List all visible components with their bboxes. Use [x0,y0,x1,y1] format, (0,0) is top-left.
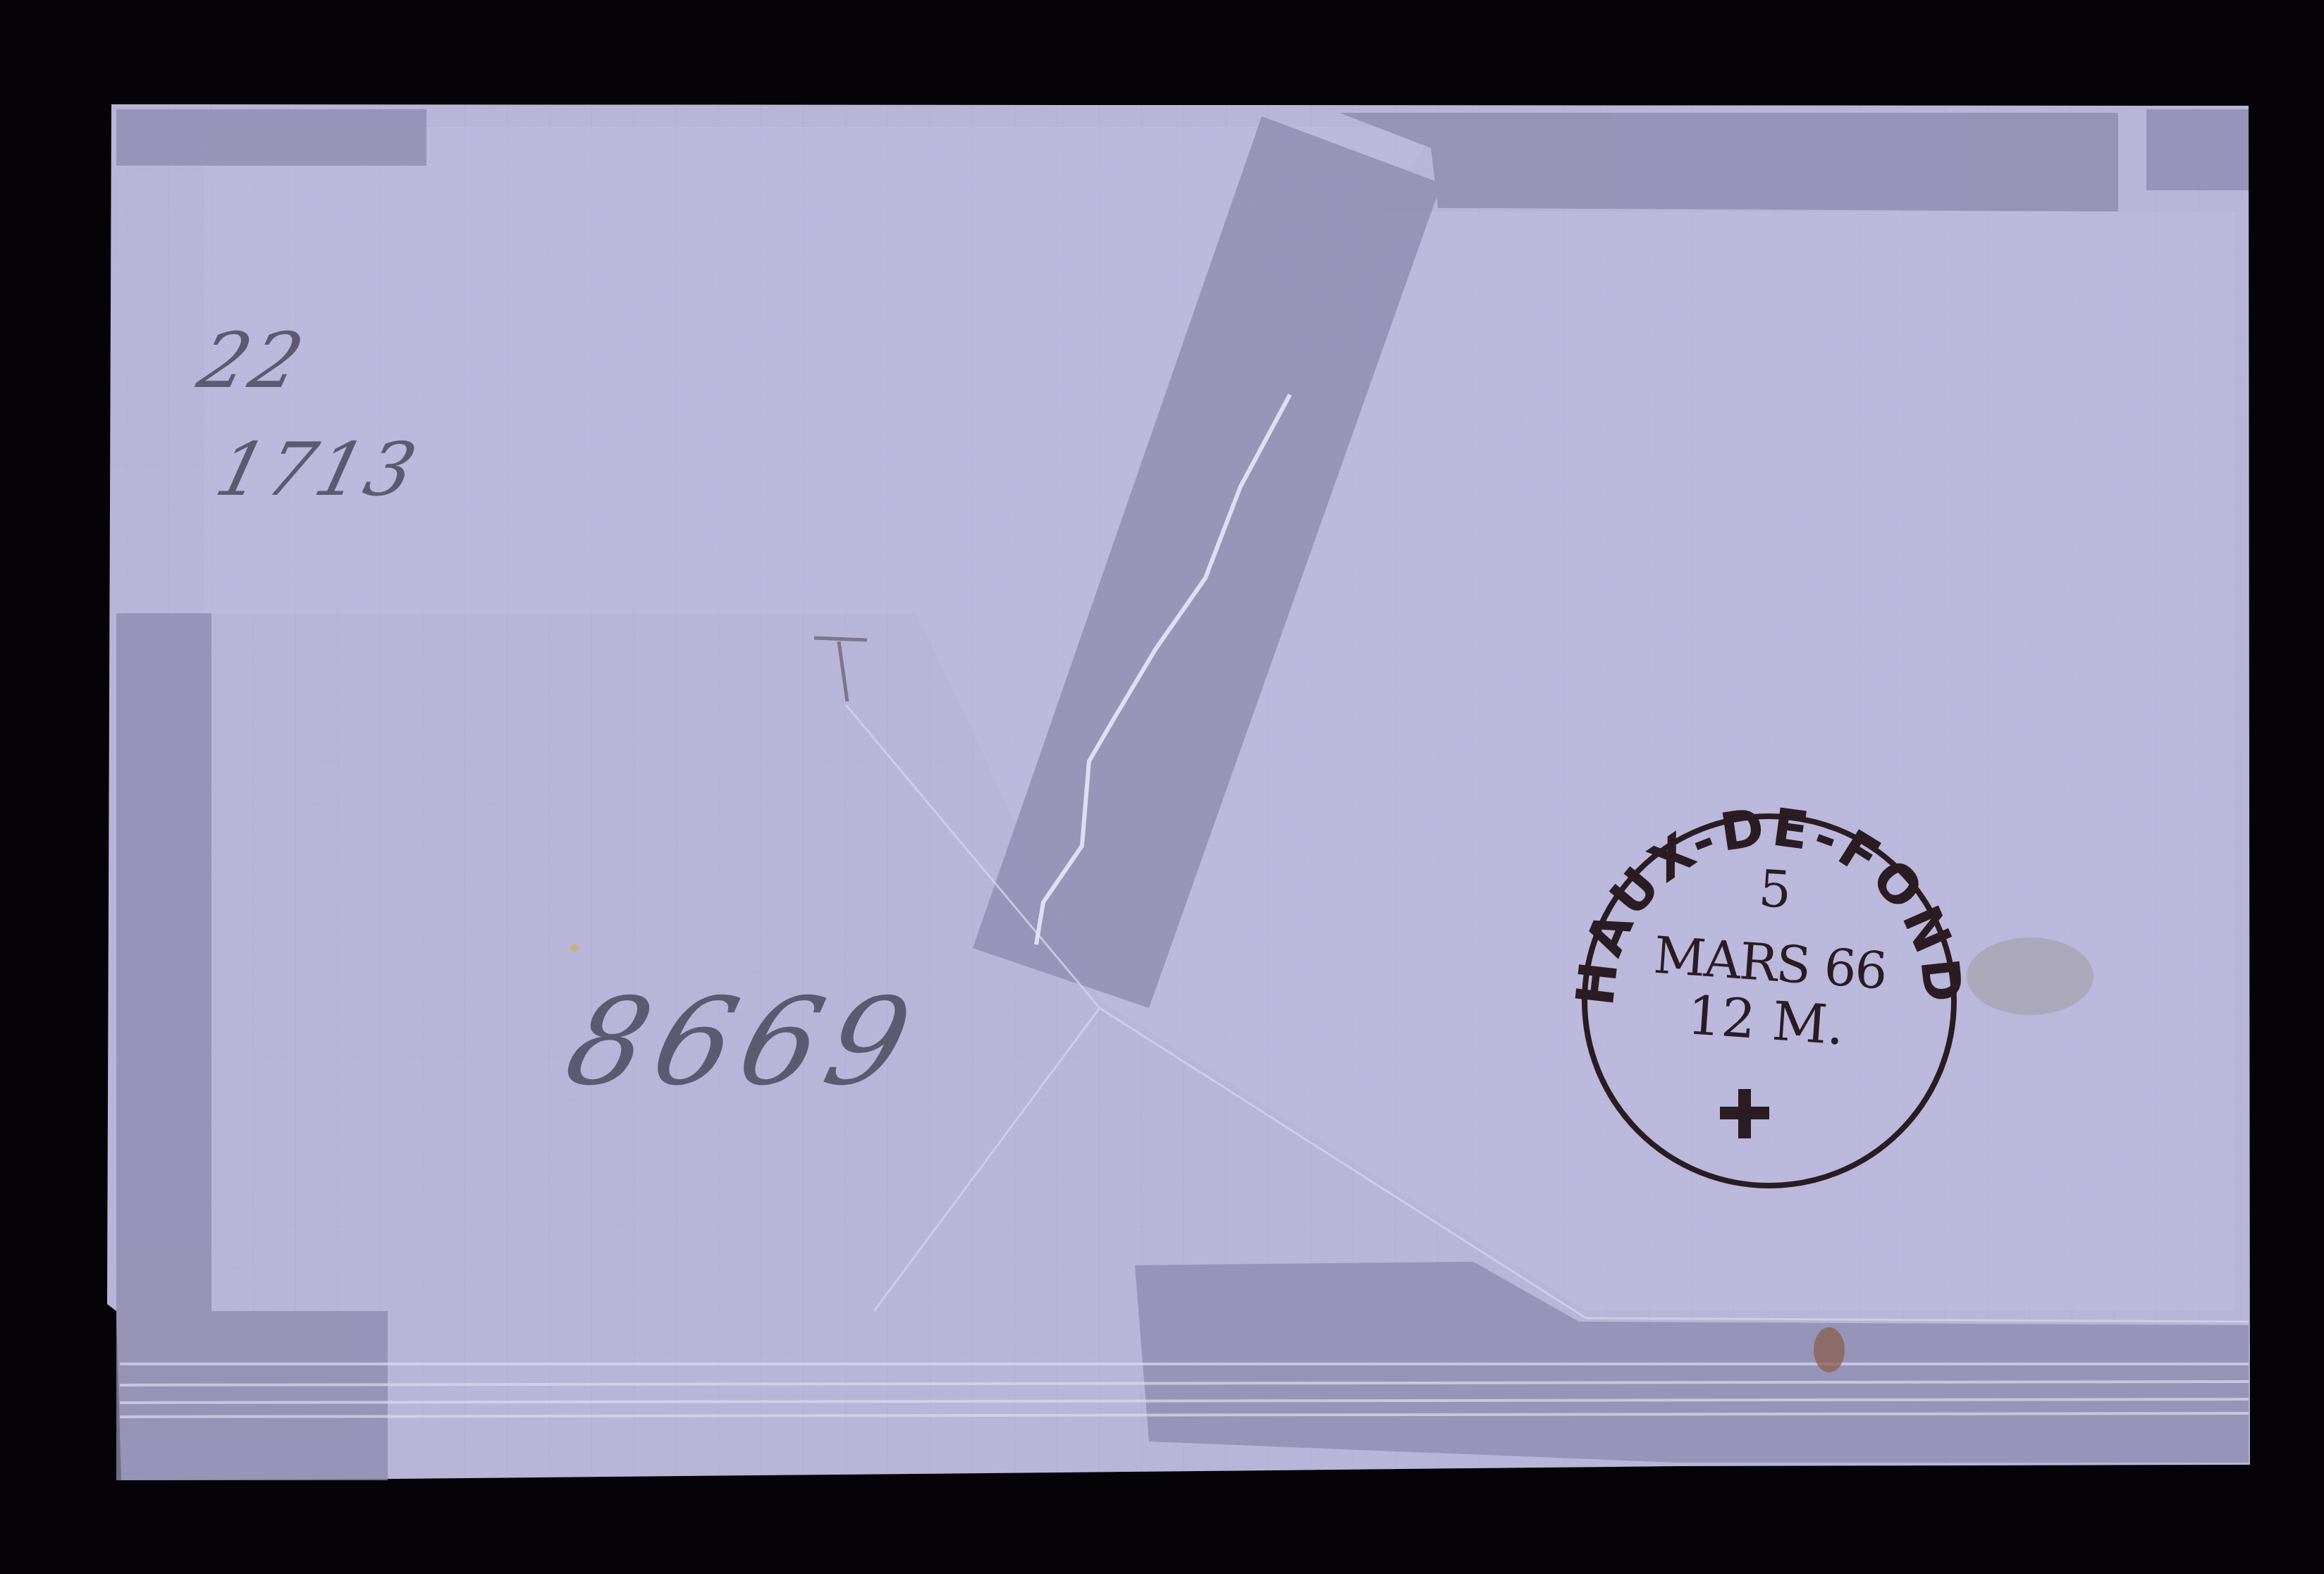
foxing-spot [570,944,579,952]
letter-scan: CHAUX-DE-FONDS [0,0,2324,1574]
postmark-day: 5 [1583,851,1967,928]
stain [1967,937,2094,1015]
postmark-date-block: 5 MARS 66 12 M. [1566,770,1972,1176]
rust-stain [1814,1327,1845,1372]
